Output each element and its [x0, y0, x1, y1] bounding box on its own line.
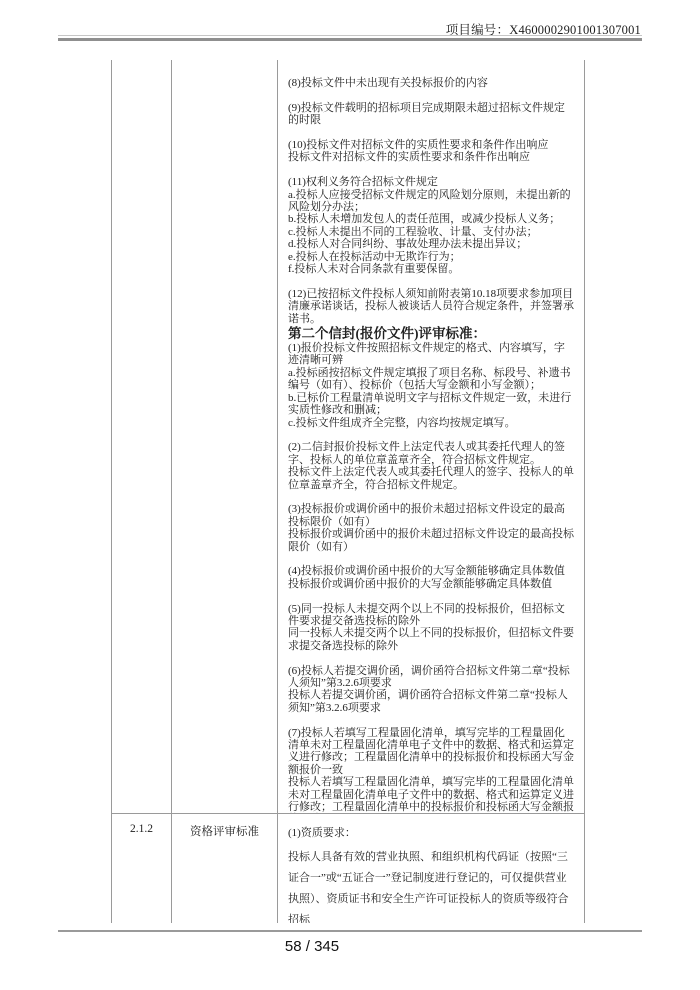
- text-line: c.投标文件组成齐全完整，内容均按规定填写。: [288, 417, 575, 429]
- text-line: f.投标人未对合同条款有重要保留。: [288, 263, 575, 275]
- header-rule-light: [58, 35, 642, 36]
- text-line: (1)资质要求：: [288, 823, 575, 844]
- header-rule-dark: [58, 38, 642, 41]
- document-page: 项目编号：X4600002901001307001 (8)投标文件中未出现有关投…: [0, 0, 700, 990]
- text-line: (1)报价投标文件按照招标文件规定的格式、内容填写，字迹清晰可辨: [288, 342, 575, 367]
- paragraph: (1)报价投标文件按照招标文件规定的格式、内容填写，字迹清晰可辨a.投标函按招标…: [288, 342, 575, 429]
- text-line: (10)投标文件对招标文件的实质性要求和条件作出响应: [288, 139, 575, 151]
- paragraph: (11)权利义务符合招标文件规定a.投标人应接受招标文件规定的风险划分原则，未提…: [288, 176, 575, 275]
- paragraph: (1)资质要求：: [288, 823, 575, 844]
- paragraph: (4)投标报价或调价函中报价的大写金额能够确定具体数值投标报价或调价函中报价的大…: [288, 565, 575, 590]
- text-line: b.投标人未增加发包人的责任范围，或减少投标人义务；: [288, 213, 575, 225]
- paragraph: (10)投标文件对招标文件的实质性要求和条件作出响应投标文件对招标文件的实质性要…: [288, 139, 575, 164]
- paragraph: (6)投标人若提交调价函，调价函符合招标文件第二章“投标人须知”第3.2.6项要…: [288, 665, 575, 715]
- text-line: 同一投标人未提交两个以上不同的投标报价，但招标文件要求提交备选投标的除外: [288, 627, 575, 652]
- paragraph: (5)同一投标人未提交两个以上不同的投标报价，但招标文件要求提交备选投标的除外同…: [288, 603, 575, 653]
- paragraph: (3)投标报价或调价函中的报价未超过招标文件设定的最高投标限价（如有）投标报价或…: [288, 503, 575, 553]
- table-row-continued: (8)投标文件中未出现有关投标报价的内容(9)投标文件载明的招标项目完成期限未超…: [112, 60, 584, 814]
- paragraph: (8)投标文件中未出现有关投标报价的内容: [288, 77, 575, 89]
- page-number: 58 / 345: [0, 938, 624, 955]
- paragraph: (12)已按招标文件投标人须知前附表第10.18项要求参加项目清廉承诺谈话，投标…: [288, 288, 575, 325]
- text-line: a.投标人应接受招标文件规定的风险划分原则，未提出新的风险划分办法；: [288, 189, 575, 214]
- clause-content-cell: (8)投标文件中未出现有关投标报价的内容(9)投标文件载明的招标项目完成期限未超…: [278, 60, 584, 813]
- text-line: (3)投标报价或调价函中的报价未超过招标文件设定的最高投标限价（如有）: [288, 503, 575, 528]
- text-line: (4)投标报价或调价函中报价的大写金额能够确定具体数值: [288, 565, 575, 577]
- footer-rule: [58, 930, 642, 932]
- text-line: 投标人若填写工程量固化清单，填写完毕的工程量固化清单未对工程量固化清单电子文件中…: [288, 776, 575, 813]
- text-line: (11)权利义务符合招标文件规定: [288, 176, 575, 188]
- text-line: c.投标人未提出不同的工程验收、计量、支付办法；: [288, 226, 575, 238]
- text-line: e.投标人在投标活动中无欺诈行为；: [288, 251, 575, 263]
- text-line: b.已标价工程量清单说明文字与招标文件规定一致，未进行实质性修改和删减；: [288, 392, 575, 417]
- clause-number-cell: [112, 60, 172, 813]
- text-line: 第二个信封(报价文件)评审标准：: [288, 325, 575, 342]
- text-line: 投标人若提交调价函，调价函符合招标文件第二章“投标人须知”第3.2.6项要求: [288, 689, 575, 714]
- text-line: (5)同一投标人未提交两个以上不同的投标报价，但招标文件要求提交备选投标的除外: [288, 603, 575, 628]
- text-line: 投标人具备有效的营业执照、和组织机构代码证（按照“三证合一”或“五证合一”登记制…: [288, 847, 575, 923]
- clause-number-cell: 2.1.2: [112, 814, 172, 923]
- text-line: a.投标函按招标文件规定填报了项目名称、标段号、补遗书编号（如有）、投标价（包括…: [288, 367, 575, 392]
- text-line: (9)投标文件载明的招标项目完成期限未超过招标文件规定的时限: [288, 102, 575, 127]
- clause-content-cell: (1)资质要求：投标人具备有效的营业执照、和组织机构代码证（按照“三证合一”或“…: [278, 814, 584, 923]
- evaluation-criteria-table: (8)投标文件中未出现有关投标报价的内容(9)投标文件载明的招标项目完成期限未超…: [111, 60, 585, 923]
- paragraph: (9)投标文件载明的招标项目完成期限未超过招标文件规定的时限: [288, 102, 575, 127]
- clause-title-cell: 资格评审标准: [172, 814, 278, 923]
- text-line: (8)投标文件中未出现有关投标报价的内容: [288, 77, 575, 89]
- text-line: (7)投标人若填写工程量固化清单，填写完毕的工程量固化清单未对工程量固化清单电子…: [288, 727, 575, 777]
- paragraph: 投标人具备有效的营业执照、和组织机构代码证（按照“三证合一”或“五证合一”登记制…: [288, 847, 575, 923]
- text-line: 投标文件对招标文件的实质性要求和条件作出响应: [288, 151, 575, 163]
- text-line: d.投标人对合同纠纷、事故处理办法未提出异议；: [288, 238, 575, 250]
- paragraph: (7)投标人若填写工程量固化清单，填写完毕的工程量固化清单未对工程量固化清单电子…: [288, 727, 575, 813]
- text-line: 投标文件上法定代表人或其委托代理人的签字、投标人的单位章盖章齐全，符合招标文件规…: [288, 466, 575, 491]
- text-line: (12)已按招标文件投标人须知前附表第10.18项要求参加项目清廉承诺谈话，投标…: [288, 288, 575, 325]
- text-line: 投标报价或调价函中的报价未超过招标文件设定的最高投标限价（如有）: [288, 528, 575, 553]
- clause-title-cell: [172, 60, 278, 813]
- text-line: (6)投标人若提交调价函，调价函符合招标文件第二章“投标人须知”第3.2.6项要…: [288, 665, 575, 690]
- table-row-2-1-2: 2.1.2 资格评审标准 (1)资质要求：投标人具备有效的营业执照、和组织机构代…: [112, 814, 584, 923]
- text-line: (2)二信封报价投标文件上法定代表人或其委托代理人的签字、投标人的单位章盖章齐全…: [288, 441, 575, 466]
- paragraph: (2)二信封报价投标文件上法定代表人或其委托代理人的签字、投标人的单位章盖章齐全…: [288, 441, 575, 491]
- text-line: 投标报价或调价函中报价的大写金额能够确定具体数值: [288, 578, 575, 590]
- section-heading: 第二个信封(报价文件)评审标准：: [288, 325, 575, 342]
